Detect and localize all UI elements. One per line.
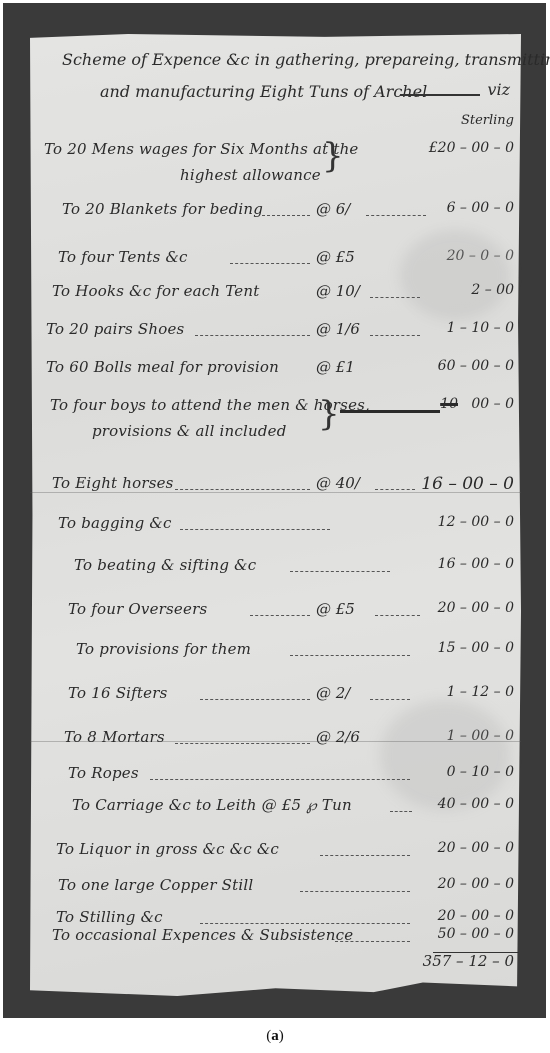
strike-through-line bbox=[340, 410, 440, 413]
ledger-entry: To beating & sifting &c 16 – 00 – 0 bbox=[0, 556, 550, 586]
entry-amount: 20 – 00 – 0 bbox=[438, 876, 514, 892]
entry-amount: 1 – 10 – 0 bbox=[447, 320, 514, 336]
leader-dots bbox=[175, 743, 310, 744]
ledger-entry: To Eight horses @ 40/ 16 – 00 – 0 bbox=[0, 474, 550, 504]
caption-close-paren: ) bbox=[279, 1028, 284, 1044]
ledger-entry: To four Overseers @ £5 20 – 00 – 0 bbox=[0, 600, 550, 630]
entry-description: To provisions for them bbox=[76, 640, 251, 658]
document-title-line-1: Scheme of Expence &c in gathering, prepa… bbox=[62, 50, 550, 69]
ledger-entry: To provisions for them 15 – 00 – 0 bbox=[0, 640, 550, 670]
leader-dots bbox=[262, 215, 310, 216]
ledger-entry: To four Tents &c @ £5 20 – 0 – 0 bbox=[0, 248, 550, 278]
entry-amount: 50 – 00 – 0 bbox=[438, 926, 514, 942]
leader-dots bbox=[300, 891, 410, 892]
leader-dots bbox=[180, 529, 330, 530]
entry-description: To Hooks &c for each Tent bbox=[52, 282, 259, 300]
entry-amount: 6 – 00 – 0 bbox=[447, 200, 514, 216]
entry-amount: 1 – 12 – 0 bbox=[447, 684, 514, 700]
ledger-entry-continuation: provisions & all included bbox=[0, 422, 550, 452]
entry-rate: @ 1/6 bbox=[316, 320, 360, 338]
document-title-line-2: and manufacturing Eight Tuns of Archel bbox=[100, 82, 427, 101]
title-viz: viz bbox=[487, 80, 510, 99]
ledger-entry: To one large Copper Still 20 – 00 – 0 bbox=[0, 876, 550, 906]
entry-description: To 8 Mortars bbox=[64, 728, 165, 746]
entry-rate: @ £5 bbox=[316, 600, 355, 618]
entry-description: To occasional Expences & Subsistence bbox=[52, 926, 353, 944]
figure-caption: (a) bbox=[0, 1028, 550, 1045]
entry-rate: @ £1 bbox=[316, 358, 355, 376]
entry-rate: @ 10/ bbox=[316, 282, 360, 300]
entry-rate: @ 2/ bbox=[316, 684, 350, 702]
leader-dots bbox=[230, 263, 310, 264]
entry-description: To beating & sifting &c bbox=[74, 556, 256, 574]
leader-dots bbox=[250, 615, 310, 616]
entry-description: To 20 Blankets for beding bbox=[62, 200, 263, 218]
leader-dots bbox=[200, 699, 310, 700]
entry-amount: 60 – 00 – 0 bbox=[438, 358, 514, 374]
ledger-entry: To 20 Blankets for beding @ 6/ 6 – 00 – … bbox=[0, 200, 550, 230]
leader-dots bbox=[375, 615, 420, 616]
ledger-entry: To Ropes 0 – 10 – 0 bbox=[0, 764, 550, 794]
entry-amount: 20 – 00 – 0 bbox=[438, 600, 514, 616]
ledger-total: 357 – 12 – 0 bbox=[0, 952, 550, 982]
total-amount: 357 – 12 – 0 bbox=[423, 952, 514, 970]
leader-dots bbox=[290, 571, 390, 572]
caption-label: a bbox=[271, 1028, 279, 1044]
leader-dots bbox=[195, 335, 310, 336]
leader-dots bbox=[200, 923, 410, 924]
entry-description: To Carriage &c to Leith @ £5 ℘ Tun bbox=[72, 796, 352, 814]
entry-amount: 1 – 00 – 0 bbox=[447, 728, 514, 744]
leader-dots bbox=[370, 699, 410, 700]
entry-rate: @ 2/6 bbox=[316, 728, 360, 746]
ledger-entry: To Liquor in gross &c &c &c 20 – 00 – 0 bbox=[0, 840, 550, 870]
entry-description: To 16 Sifters bbox=[68, 684, 168, 702]
entry-description: To Ropes bbox=[68, 764, 139, 782]
entry-amount: 2 – 00 bbox=[471, 282, 514, 298]
entry-description-cont: provisions & all included bbox=[92, 422, 287, 440]
ledger-entry-continuation: highest allowance bbox=[0, 166, 550, 196]
entry-amount: 12 – 00 – 0 bbox=[438, 514, 514, 530]
entry-description: To 20 pairs Shoes bbox=[46, 320, 184, 338]
currency-header: Sterling bbox=[461, 113, 514, 128]
title-dash bbox=[400, 94, 480, 96]
entry-description: To Liquor in gross &c &c &c bbox=[56, 840, 279, 858]
entry-description: To one large Copper Still bbox=[58, 876, 253, 894]
entry-description: To four Overseers bbox=[68, 600, 207, 618]
leader-dots bbox=[150, 779, 410, 780]
ledger-entry: To 20 pairs Shoes @ 1/6 1 – 10 – 0 bbox=[0, 320, 550, 350]
ledger-entry: To bagging &c 12 – 00 – 0 bbox=[0, 514, 550, 544]
ledger-entry: To Hooks &c for each Tent @ 10/ 2 – 00 bbox=[0, 282, 550, 312]
leader-dots bbox=[375, 489, 415, 490]
entry-amount-struck: 10 bbox=[440, 396, 458, 412]
leader-dots bbox=[320, 855, 410, 856]
leader-dots bbox=[175, 489, 310, 490]
entry-description: To 60 Bolls meal for provision bbox=[46, 358, 279, 376]
entry-amount: 20 – 0 – 0 bbox=[447, 248, 514, 264]
leader-dots bbox=[370, 335, 420, 336]
entry-amount: 15 – 00 – 0 bbox=[438, 640, 514, 656]
entry-description: To bagging &c bbox=[58, 514, 172, 532]
entry-amount: 00 – 0 bbox=[471, 396, 514, 412]
entry-amount: 16 – 00 – 0 bbox=[421, 474, 514, 494]
entry-rate: @ 40/ bbox=[316, 474, 360, 492]
entry-amount: 20 – 00 – 0 bbox=[438, 908, 514, 924]
entry-description: To Stilling &c bbox=[56, 908, 163, 926]
entry-rate: @ £5 bbox=[316, 248, 355, 266]
ledger-entry: To 60 Bolls meal for provision @ £1 60 –… bbox=[0, 358, 550, 388]
entry-description: To Eight horses bbox=[52, 474, 174, 492]
entry-description-cont: highest allowance bbox=[180, 166, 321, 184]
entry-description: To 20 Mens wages for Six Months at the bbox=[44, 140, 359, 158]
leader-dots bbox=[390, 811, 412, 812]
entry-amount: 0 – 10 – 0 bbox=[447, 764, 514, 780]
leader-dots bbox=[335, 941, 410, 942]
leader-dots bbox=[290, 655, 410, 656]
ledger-entry: To Carriage &c to Leith @ £5 ℘ Tun 40 – … bbox=[0, 796, 550, 826]
entry-rate: @ 6/ bbox=[316, 200, 350, 218]
ledger-entry: To 8 Mortars @ 2/6 1 – 00 – 0 bbox=[0, 728, 550, 758]
entry-amount: £20 – 00 – 0 bbox=[429, 140, 514, 156]
leader-dots bbox=[366, 215, 426, 216]
leader-dots bbox=[370, 297, 420, 298]
entry-amount: 20 – 00 – 0 bbox=[438, 840, 514, 856]
entry-amount: 40 – 00 – 0 bbox=[438, 796, 514, 812]
entry-amount: 16 – 00 – 0 bbox=[438, 556, 514, 572]
ledger-entry: To 16 Sifters @ 2/ 1 – 12 – 0 bbox=[0, 684, 550, 714]
entry-description: To four Tents &c bbox=[58, 248, 188, 266]
